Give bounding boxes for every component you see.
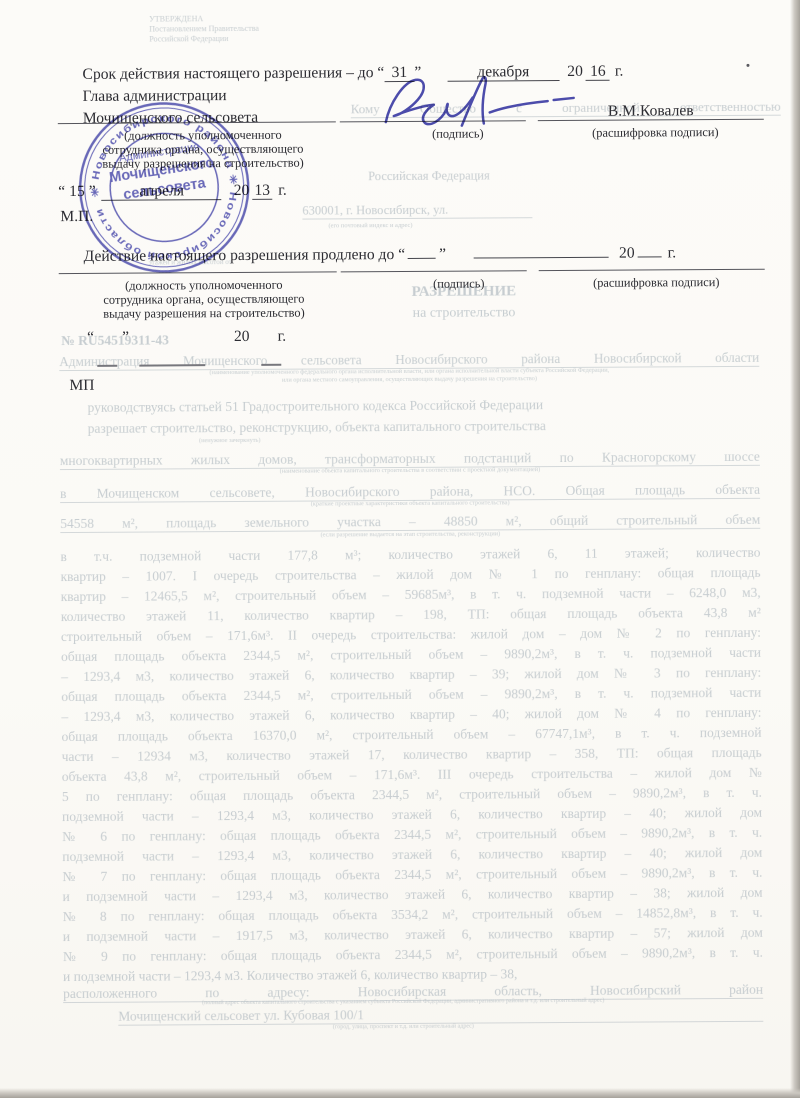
bleedthrough-line: квартир – 12465,5 м², строительный объем…: [61, 585, 761, 605]
seal-place-mark-2: МП: [69, 377, 94, 395]
bleedthrough-line: (наименование объекта капитального строи…: [180, 466, 640, 476]
bleedthrough-line: подземной части – 1293,4 м3, количество …: [62, 805, 762, 825]
blank-century: 20: [234, 328, 250, 345]
bleedthrough-line: строительный объем – 171,6м³. II очередь…: [61, 625, 761, 645]
bleedthrough-line: разрешает строительство, реконструкцию, …: [88, 418, 546, 437]
bleedthrough-line: – 1293,4 м3, количество этажей 6, количе…: [61, 665, 761, 685]
prolong-year-blank: [638, 239, 662, 257]
caption-transcript-2: (расшифровка подписи): [544, 275, 769, 290]
round-official-stamp: ✳ Новосибирского района ✳ Новосибирской …: [62, 85, 266, 289]
blank-year-suffix: г.: [278, 328, 287, 345]
blank-year-underline: [261, 364, 281, 366]
blank-day-underline: [97, 365, 117, 367]
scan-artifact-dot: [746, 64, 749, 67]
blank-month-space: [129, 341, 234, 342]
bleedthrough-line: в т.ч. подземной части 177,8 м³; количес…: [60, 545, 760, 565]
bleedthrough-line: 54558 м², площадь земельного участка – 4…: [60, 512, 760, 533]
issue-year-suffix: г.: [278, 182, 287, 199]
scan-tilt-layer: УТВЕРЖДЕНАПостановлением ПравительстваРо…: [0, 0, 800, 1098]
caption-sign-2: (подпись): [359, 276, 559, 291]
bleedthrough-line: Российской Федерации: [149, 34, 228, 43]
prolong-day-blank: [408, 241, 436, 259]
prolong-month-blank: [474, 240, 609, 259]
bleedthrough-line: и подземной части – 1293,4 м3, количеств…: [62, 885, 762, 905]
bleedthrough-line: подземной части – 1293,4 м3, количество …: [62, 845, 762, 865]
validity-year-value: 16: [586, 63, 610, 81]
bleedthrough-line: общая площадь объекта 2344,5 м², строите…: [61, 685, 761, 705]
prolong-century: 20: [619, 245, 635, 262]
bleedthrough-line: (если разрешение выдается на этап строит…: [180, 530, 640, 540]
scan-edge-bottom: [0, 1088, 800, 1098]
handwritten-signature: [376, 75, 586, 132]
bleedthrough-line: Постановлением Правительства: [149, 24, 259, 34]
bleedthrough-line: на строительство: [379, 305, 549, 322]
bleedthrough-line: объекта 43,8 м², строительный объем – 17…: [62, 765, 762, 785]
blank-date-line: “”20г.: [87, 328, 286, 347]
scan-edge-right: [790, 0, 800, 1098]
bleedthrough-line: УТВЕРЖДЕНА: [149, 14, 203, 23]
bleedthrough-line: Российская Федерация: [368, 168, 490, 184]
bleedthrough-line: части – 12934 м3, количество этажей 17, …: [62, 745, 762, 765]
issue-open-quote: “: [58, 183, 65, 200]
signature-stroke-tall: [462, 77, 487, 126]
caption-position-2-line3: выдачу разрешения на строительство): [64, 305, 344, 321]
bleedthrough-line: 630001, г. Новосибирск, ул.: [302, 202, 532, 219]
bleedthrough-line: общая площадь объекта 2344,5 м², строите…: [61, 645, 761, 665]
bleedthrough-line: Мочищенский сельсовет ул. Кубовая 100/1: [118, 1005, 763, 1026]
blank-close-quote: ”: [122, 329, 129, 346]
bleedthrough-line: (краткие проектные характеристики объект…: [180, 499, 640, 509]
bleedthrough-line: квартир – 1007. I очередь строительства …: [61, 565, 761, 585]
signature-rule-sign-2: [341, 270, 527, 272]
bleedthrough-layer: УТВЕРЖДЕНАПостановлением ПравительстваРо…: [0, 0, 797, 2]
validity-prefix: Срок действия настоящего разрешения – до…: [82, 64, 384, 83]
prolong-close-quote: ”: [439, 246, 446, 263]
signature-stroke-loop: [386, 80, 434, 122]
validity-year-suffix: г.: [615, 63, 624, 80]
signature-stroke-tail: [490, 98, 574, 113]
bleedthrough-line: № 7 по генплану: общая площадь объекта 2…: [62, 865, 762, 885]
bleedthrough-line: № 9 по генплану: общая площадь объекта 2…: [63, 945, 763, 965]
bleedthrough-line: (ненужное зачеркнуть): [130, 436, 330, 444]
signature-rule-name-2: [539, 269, 765, 272]
bleedthrough-line: № 8 по генплану: общая площадь объекта 3…: [63, 905, 763, 925]
bleedthrough-line: № 6 по генплану: общая площадь объекта 2…: [62, 825, 762, 845]
bleedthrough-line: и подземной части – 1293,4 м3. Количеств…: [63, 966, 517, 985]
bleedthrough-line: количество этажей 11, количество квартир…: [61, 605, 761, 625]
bleedthrough-line: 5 по генплану: общая площадь объекта 234…: [62, 785, 762, 805]
blank-open-quote: “: [87, 329, 94, 346]
bleedthrough-line: (город, улица, проспект и т.д. или строи…: [203, 1023, 603, 1031]
scanned-document-page: УТВЕРЖДЕНАПостановлением ПравительстваРо…: [0, 0, 800, 1098]
bleedthrough-line: руководствуясь статьей 51 Градостроитель…: [88, 397, 544, 416]
bleedthrough-line: (его почтовый индекс и адрес): [328, 222, 412, 230]
bleedthrough-line: общая площадь объекта 16370,0 м², строит…: [62, 725, 762, 745]
bleedthrough-line: и подземной части – 1917,5 м3, количеств…: [63, 925, 763, 945]
prolong-year-suffix: г.: [668, 244, 677, 261]
bleedthrough-line: – 1293,4 м3, количество этажей 6, количе…: [61, 705, 761, 725]
